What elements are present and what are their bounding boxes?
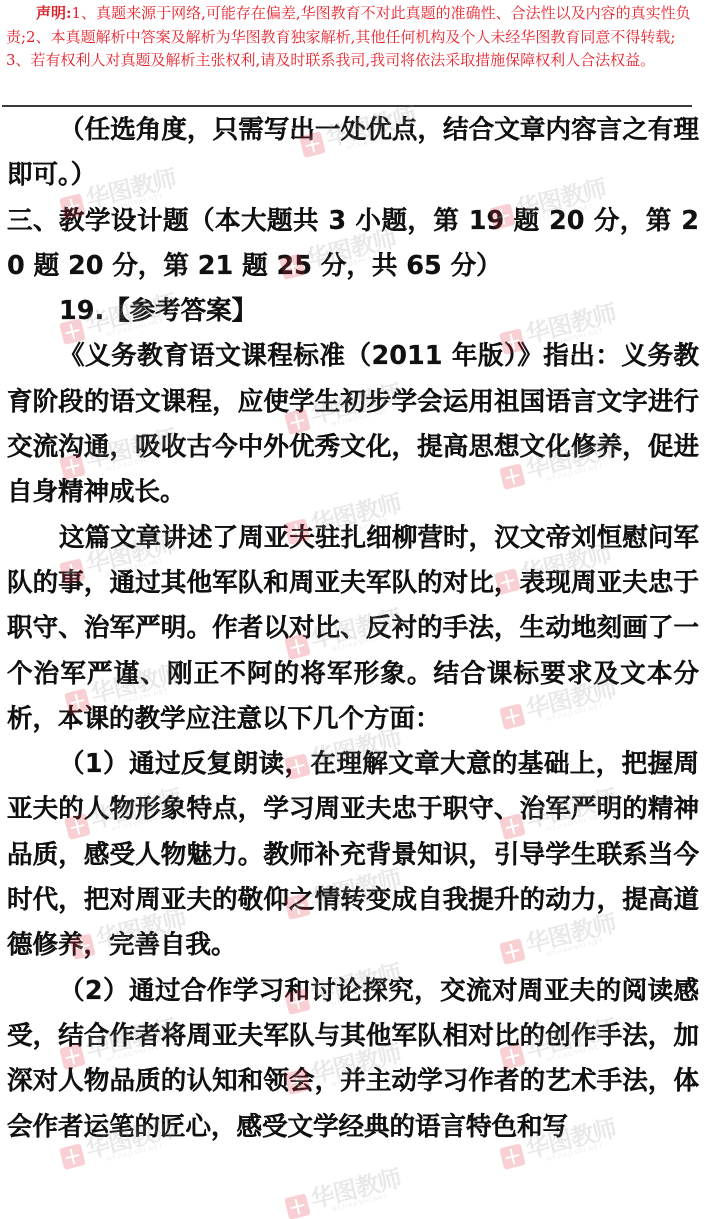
question-answer-label: 19.【参考答案】 bbox=[7, 289, 699, 334]
answer-content: （任选角度，只需写出一处优点，结合文章内容言之有理即可。） 三、教学设计题（本大… bbox=[7, 108, 699, 1150]
paragraph-text-analysis: 这篇文章讲述了周亚夫驻扎细柳营时，汉文帝刘恒慰问军队的事，通过其他军队和周亚夫军… bbox=[7, 516, 699, 742]
disclaimer-notice: 声明:1、真题来源于网络,可能存在偏差,华图教育不对此真题的准确性、合法性以及内… bbox=[6, 2, 696, 73]
section-heading: 三、教学设计题（本大题共 3 小题，第 19 题 20 分，第 20 题 20 … bbox=[7, 199, 699, 290]
paragraph-curriculum-standard: 《义务教育语文课程标准（2011 年版）》指出：义务教育阶段的语文课程，应使学生… bbox=[7, 334, 699, 515]
scoring-note: （任选角度，只需写出一处优点，结合文章内容言之有理即可。） bbox=[7, 108, 699, 199]
paragraph-teaching-point-1: （1）通过反复朗读，在理解文章大意的基础上，把握周亚夫的人物形象特点，学习周亚夫… bbox=[7, 742, 699, 968]
huatu-logo-icon bbox=[284, 1193, 311, 1219]
watermark: 华图教师HTJIAOSHI.NET bbox=[283, 1166, 405, 1219]
disclaimer-lead: 声明: bbox=[36, 4, 72, 22]
header-divider bbox=[2, 105, 692, 107]
document-page: 声明:1、真题来源于网络,可能存在偏差,华图教育不对此真题的准确性、合法性以及内… bbox=[0, 0, 705, 1219]
disclaimer-text: 1、真题来源于网络,可能存在偏差,华图教育不对此真题的准确性、合法性以及内容的真… bbox=[6, 4, 691, 69]
paragraph-teaching-point-2: （2）通过合作学习和讨论探究，交流对周亚夫的阅读感受，结合作者将周亚夫军队与其他… bbox=[7, 969, 699, 1150]
